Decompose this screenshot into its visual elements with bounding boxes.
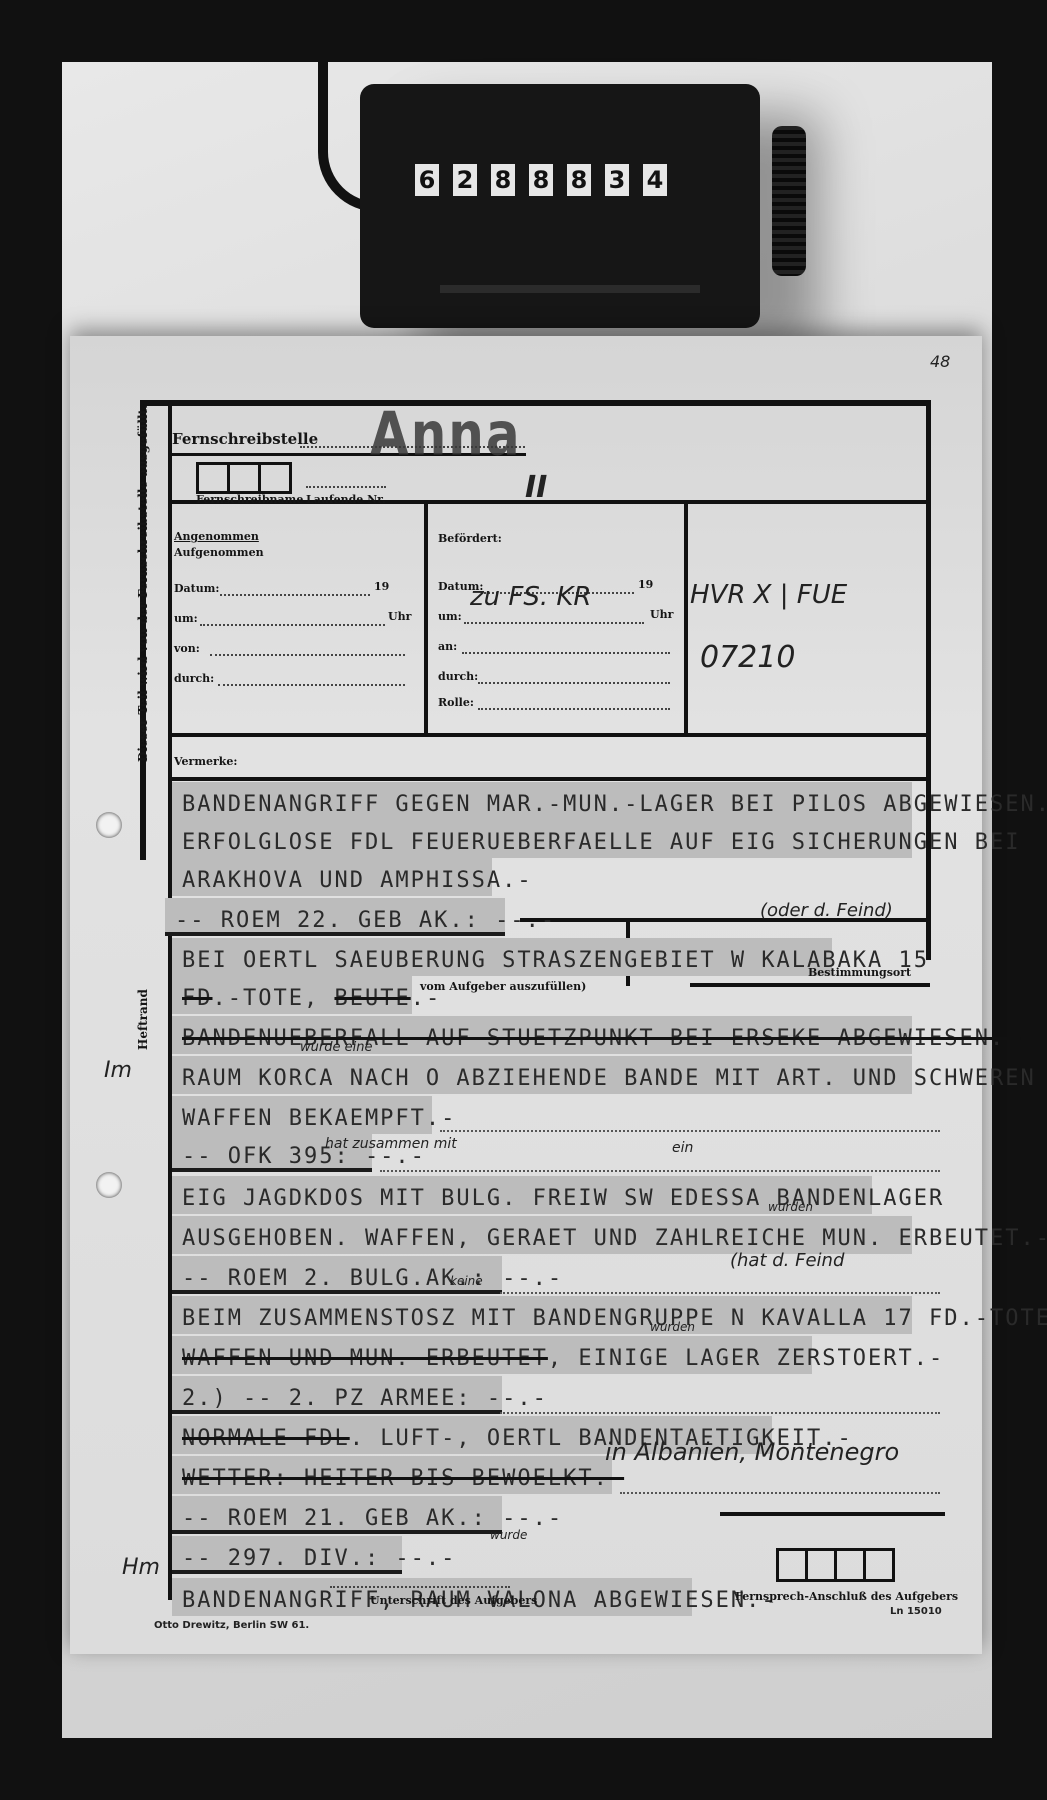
received-time-field[interactable] [200, 624, 385, 626]
handwritten-annotation: ein [672, 1140, 693, 1156]
station-stamp: Anna [370, 399, 522, 469]
counter-slot [440, 285, 700, 293]
message-heading: -- ROEM 22. GEB AK.: --.- [165, 898, 505, 936]
routing-time: 07210 [700, 640, 795, 675]
counter-digits: 6 2 8 8 8 3 4 [415, 164, 667, 196]
received-time-unit: Uhr [388, 610, 411, 623]
message-line: ARAKHOVA UND AMPHISSA.- [172, 858, 492, 896]
serial-field[interactable] [306, 486, 386, 488]
form-divider [168, 777, 930, 781]
forwarded-time-field[interactable] [464, 622, 644, 624]
counter-digit: 8 [491, 164, 515, 196]
form-divider [424, 500, 428, 734]
forwarded-year: 19 [638, 578, 653, 591]
received-from-label: von: [174, 642, 200, 655]
punch-hole [96, 1172, 122, 1198]
received-label: Angenommen [174, 530, 259, 543]
signature-field[interactable] [330, 1586, 510, 1588]
counter-digit: 8 [567, 164, 591, 196]
form-divider [690, 983, 930, 987]
margin-initials: Hm [122, 1555, 160, 1580]
form-border [140, 400, 930, 406]
counter-digit: 3 [605, 164, 629, 196]
roll-label: Rolle: [438, 696, 474, 709]
ruled-line [620, 1492, 940, 1494]
side-note: Dieser Teil wird von der Fernschreibstel… [136, 405, 150, 762]
punch-hole [96, 812, 122, 838]
message-heading: -- ROEM 21. GEB AK.: --.- [172, 1496, 502, 1534]
received-date-field[interactable] [220, 594, 370, 596]
serial-label: Laufende Nr. [306, 493, 386, 506]
remarks-label: Vermerke: [174, 755, 237, 768]
recorded-label: Aufgenommen [174, 546, 264, 559]
printer-imprint: Otto Drewitz, Berlin SW 61. [154, 1620, 309, 1631]
sender-fill-label: vom Aufgeber auszufüllen) [420, 980, 586, 993]
forwarded-to-label: an: [438, 640, 457, 653]
counter-digit: 4 [643, 164, 667, 196]
message-line: ERFOLGLOSE FDL FEUERUEBERFAELLE AUF EIG … [172, 820, 912, 858]
ruled-line [440, 1130, 940, 1132]
handwritten-annotation: hat zusammen mit [325, 1136, 457, 1152]
counter-knob [772, 126, 806, 276]
phone-label: Fernsprech-Anschluß des Aufgebers [735, 1590, 958, 1603]
form-divider [684, 500, 688, 734]
ruled-line [500, 1292, 940, 1294]
forwarded-by-label: durch: [438, 670, 478, 683]
received-from-field[interactable] [210, 654, 405, 656]
handwritten-annotation: wurde eine [300, 1040, 372, 1055]
roll-field[interactable] [478, 708, 670, 710]
message-line: RAUM KORCA NACH O ABZIEHENDE BANDE MIT A… [172, 1056, 912, 1094]
message-line: WAFFEN UND MUN. ERBEUTET, EINIGE LAGER Z… [172, 1336, 812, 1374]
forwarded-time-unit: Uhr [650, 608, 673, 621]
handwritten-annotation: (oder d. Feind) [760, 900, 893, 921]
handwritten-annotation: keine [450, 1274, 483, 1288]
message-heading: 2.) -- 2. PZ ARMEE: --.- [172, 1376, 502, 1414]
counter-digit: 6 [415, 164, 439, 196]
margin-label: Heftrand [136, 989, 150, 1050]
forwarded-by-field[interactable] [478, 682, 670, 684]
counter-digit: 2 [453, 164, 477, 196]
stamp-mark: II [525, 470, 547, 505]
forwarded-time-label: um: [438, 610, 462, 623]
message-line: FD.-TOTE, BEUTE.- [172, 976, 412, 1014]
message-line: BEIM ZUSAMMENSTOSZ MIT BANDENGRUPPE N KA… [172, 1296, 912, 1334]
ruled-line [500, 1412, 940, 1414]
form-divider [168, 733, 930, 737]
handwritten-annotation: wurde [490, 1528, 527, 1542]
message-line: AUSGEHOBEN. WAFFEN, GERAET UND ZAHLREICH… [172, 1216, 912, 1254]
message-line: EIG JAGDKDOS MIT BULG. FREIW SW EDESSA B… [172, 1176, 872, 1214]
message-line-struck: WETTER: HEITER BIS BEWOELKT.- [172, 1456, 612, 1494]
form-number: Ln 15010 [890, 1606, 942, 1617]
form-border [926, 400, 931, 960]
destination-label: Bestimmungsort [808, 966, 911, 979]
message-line: BANDENANGRIFF GEGEN MAR.-MUN.-LAGER BEI … [172, 782, 912, 820]
received-by-field[interactable] [218, 684, 405, 686]
received-year: 19 [374, 580, 389, 593]
message-heading: -- 297. DIV.: --.- [172, 1536, 402, 1574]
handwritten-annotation: (hat d. Feind [730, 1250, 844, 1271]
message-line-struck: BANDENUEBERFALL AUF STUETZPUNKT BEI ERSE… [172, 1016, 912, 1054]
telex-name-boxes[interactable] [196, 462, 292, 494]
signature-label: Unterschrift des Aufgebers [370, 1594, 537, 1607]
margin-initials: Im [104, 1058, 132, 1083]
message-line: WAFFEN BEKAEMPFT.- [172, 1096, 432, 1134]
handwritten-annotation: in Albanien, Montenegro [605, 1438, 899, 1466]
received-by-label: durch: [174, 672, 214, 685]
telex-name-label: Fernschreibname [196, 493, 303, 506]
forwarded-to-field[interactable] [462, 652, 670, 654]
handwritten-annotation: wurden [768, 1200, 813, 1214]
page-mark: 48 [930, 352, 950, 371]
message-line: BEI OERTL SAEUBERUNG STRASZENGEBIET W KA… [172, 938, 832, 976]
forwarded-label: Befördert: [438, 532, 502, 545]
phone-number-boxes[interactable] [776, 1548, 895, 1582]
handwritten-annotation: wurden [650, 1320, 695, 1334]
ruled-line [380, 1170, 940, 1172]
counter-digit: 8 [529, 164, 553, 196]
received-date-label: Datum: [174, 582, 219, 595]
forwarded-time-value: zu FS. KR [470, 582, 592, 612]
routing-code: HVR X | FUE [690, 580, 847, 610]
received-time-label: um: [174, 612, 198, 625]
form-divider [720, 1512, 945, 1516]
station-label: Fernschreibstelle [172, 430, 318, 448]
